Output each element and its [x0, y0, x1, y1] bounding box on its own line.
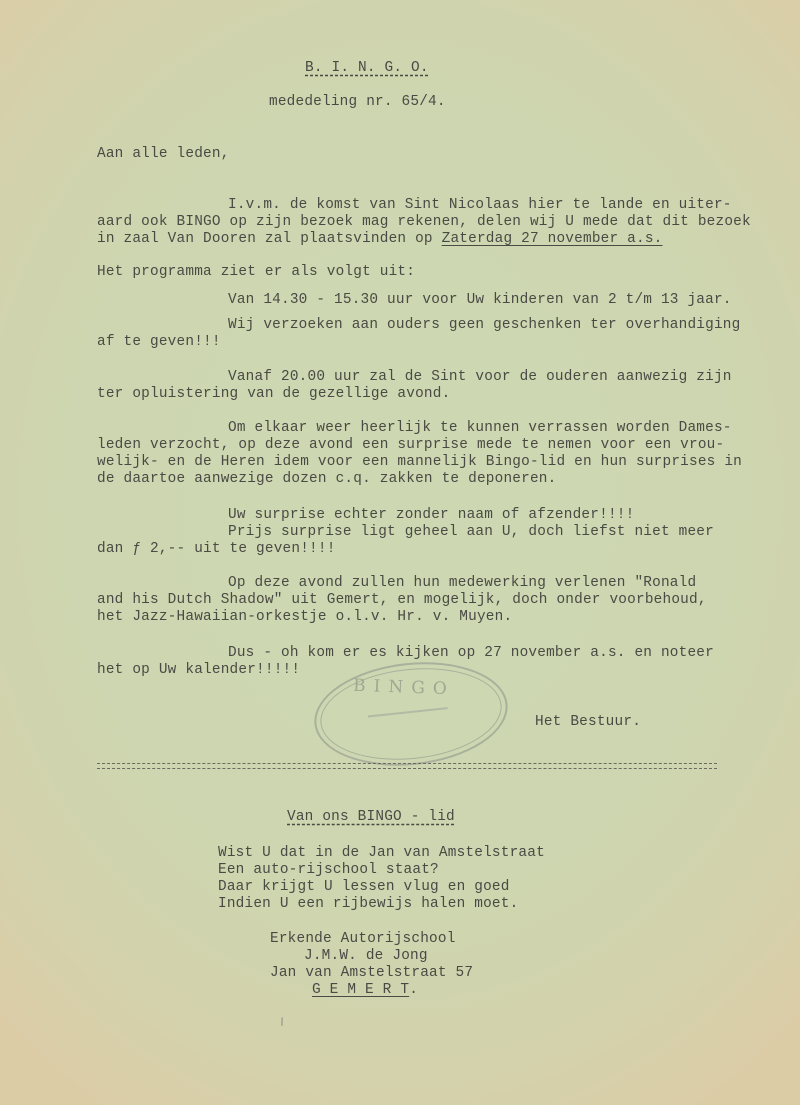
business-city: G E M E R T.: [312, 982, 418, 999]
paragraph-line: het op Uw kalender!!!!!: [97, 662, 300, 679]
paragraph-line: I.v.m. de komst van Sint Nicolaas hier t…: [228, 197, 732, 214]
paragraph-line: Dus - oh kom er es kijken op 27 november…: [228, 645, 714, 662]
poem-line: Daar krijgt U lessen vlug en goed: [218, 879, 510, 896]
business-address: Jan van Amstelstraat 57: [270, 965, 473, 982]
event-date: Zaterdag 27 november a.s.: [442, 231, 663, 247]
poem-line: Een auto-rijschool staat?: [218, 862, 439, 879]
paragraph-line: Vanaf 20.00 uur zal de Sint voor de oude…: [228, 369, 732, 386]
signature: Het Bestuur.: [535, 714, 641, 731]
paragraph-line: de daartoe aanwezige dozen c.q. zakken t…: [97, 471, 556, 488]
paragraph-line: aard ook BINGO op zijn bezoek mag rekene…: [97, 214, 751, 231]
paragraph-line: and his Dutch Shadow" uit Gemert, en mog…: [97, 592, 707, 609]
business-owner: J.M.W. de Jong: [304, 948, 428, 965]
city-suffix: .: [409, 982, 418, 998]
paragraph-line: Om elkaar weer heerlijk te kunnen verras…: [228, 420, 732, 437]
paragraph-line: Wij verzoeken aan ouders geen geschenken…: [228, 317, 740, 334]
paragraph-line: in zaal Van Dooren zal plaatsvinden op Z…: [97, 231, 663, 248]
separator-divider: [97, 763, 717, 769]
program-intro: Het programma ziet er als volgt uit:: [97, 264, 415, 281]
advert-heading: Van ons BINGO - lid: [287, 809, 455, 826]
paragraph-line: welijk- en de Heren idem voor een mannel…: [97, 454, 742, 471]
paragraph-text: in zaal Van Dooren zal plaatsvinden op: [97, 231, 442, 247]
paragraph-line: het Jazz-Hawaiian-orkestje o.l.v. Hr. v.…: [97, 609, 512, 626]
stamp-text: BINGO: [353, 676, 455, 700]
paragraph-line: Uw surprise echter zonder naam of afzend…: [228, 507, 634, 524]
paragraph-line: Op deze avond zullen hun medewerking ver…: [228, 575, 696, 592]
city-name: G E M E R T: [312, 982, 409, 998]
document-subtitle: mededeling nr. 65/4.: [269, 94, 446, 111]
poem-line: Wist U dat in de Jan van Amstelstraat: [218, 845, 545, 862]
club-stamp-icon: BINGO: [309, 653, 513, 775]
document-title: B. I. N. G. O.: [305, 60, 429, 77]
paragraph-line: dan ƒ 2,-- uit te geven!!!!: [97, 541, 336, 558]
paragraph-line: ter opluistering van de gezellige avond.: [97, 386, 450, 403]
ink-speck: \: [276, 1017, 287, 1030]
program-time: Van 14.30 - 15.30 uur voor Uw kinderen v…: [228, 292, 732, 309]
salutation: Aan alle leden,: [97, 146, 230, 163]
poem-line: Indien U een rijbewijs halen moet.: [218, 896, 518, 913]
paragraph-line: Prijs surprise ligt geheel aan U, doch l…: [228, 524, 714, 541]
paragraph-line: leden verzocht, op deze avond een surpri…: [97, 437, 724, 454]
paragraph-line: af te geven!!!: [97, 334, 221, 351]
business-name: Erkende Autorijschool: [270, 931, 456, 948]
